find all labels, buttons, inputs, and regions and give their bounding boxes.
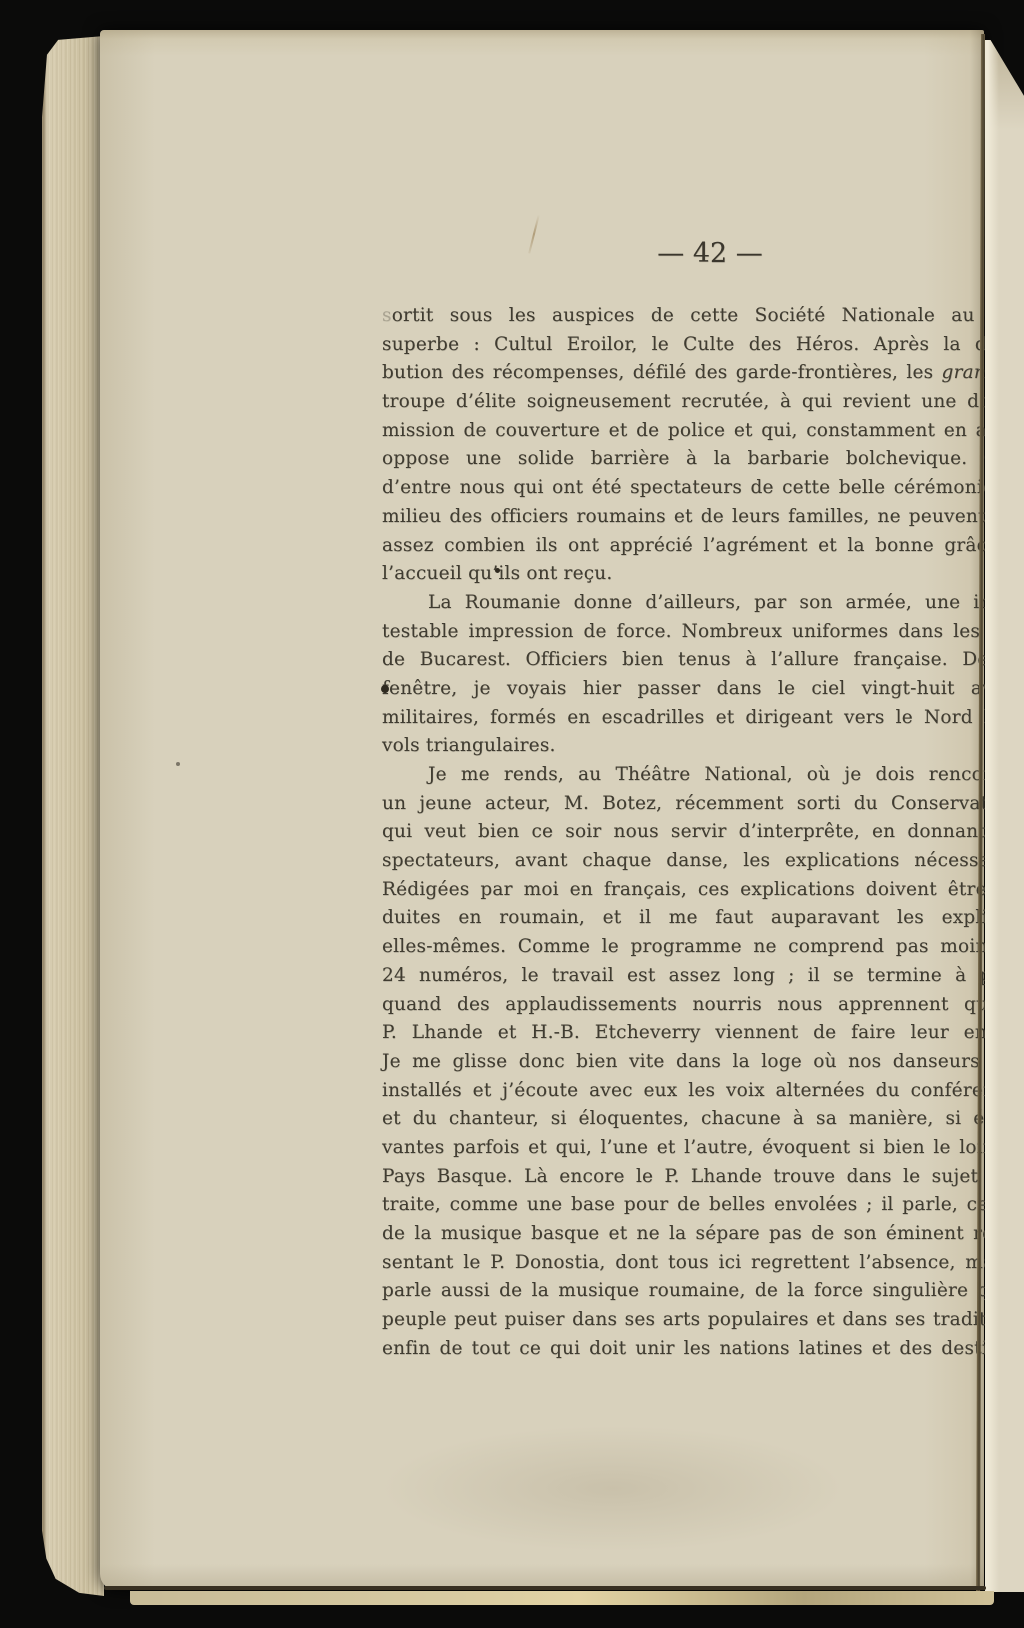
- text-segment: militaires, formés en escadrilles et dir…: [382, 707, 1024, 728]
- text-line: mission de couverture et de police et qu…: [382, 417, 1024, 446]
- text-segment: Pays Basque. Là encore le P. Lhande trou…: [382, 1166, 1024, 1187]
- text-line: installés et j’écoute avec eux les voix …: [382, 1077, 1024, 1106]
- paragraph: La Roumanie donne d’ailleurs, par son ar…: [382, 589, 1024, 761]
- text-line: traite, comme une base pour de belles en…: [382, 1191, 1024, 1220]
- text-line: 24 numéros, le travail est assez long ; …: [382, 962, 1024, 991]
- text-block: sortit sous les auspices de cette Sociét…: [382, 302, 1024, 1363]
- text-line: Je me glisse donc bien vite dans la loge…: [382, 1048, 1024, 1077]
- text-segment: Je me rends, au Théâtre National, où je …: [428, 764, 1024, 785]
- text-line: sortit sous les auspices de cette Sociét…: [382, 302, 1024, 331]
- text-segment: installés et j’écoute avec eux les voix …: [382, 1080, 1024, 1101]
- text-line: enfin de tout ce qui doit unir les natio…: [382, 1335, 1024, 1364]
- text-segment: testable impression de force. Nombreux u…: [382, 621, 1024, 642]
- text-line: parle aussi de la musique roumaine, de l…: [382, 1277, 1024, 1306]
- text-segment: assez combien ils ont apprécié l’agrémen…: [382, 535, 1024, 556]
- text-line: Je me rends, au Théâtre National, où je …: [382, 761, 1024, 790]
- text-line: quand des applaudissements nourris nous …: [382, 991, 1024, 1020]
- text-segment: enfin de tout ce qui doit unir les natio…: [382, 1338, 1024, 1359]
- text-segment: traite, comme une base pour de belles en…: [382, 1194, 1024, 1215]
- text-segment: de la musique basque et ne la sépare pas…: [382, 1223, 1024, 1244]
- text-segment: duites en roumain, et il me faut auparav…: [382, 907, 1024, 928]
- text-line: superbe : Cultul Eroilor, le Culte des H…: [382, 331, 1024, 360]
- text-line: troupe d’élite soigneusement recrutée, à…: [382, 388, 1024, 417]
- text-segment: oppose une solide barrière à la barbarie…: [382, 448, 1024, 469]
- text-line: sentant le P. Donostia, dont tous ici re…: [382, 1249, 1024, 1278]
- text-line: duites en roumain, et il me faut auparav…: [382, 904, 1024, 933]
- text-line: qui veut bien ce soir nous servir d’inte…: [382, 818, 1024, 847]
- text-segment: qui veut bien ce soir nous servir d’inte…: [382, 821, 1024, 842]
- page-number: — 42 —: [640, 238, 780, 269]
- page-edges-bottom: [130, 1591, 994, 1605]
- page-edges-left: [42, 36, 104, 1596]
- text-segment: peuple peut puiser dans ses arts populai…: [382, 1309, 1024, 1330]
- text-segment: milieu des officiers roumains et de leur…: [382, 506, 1024, 527]
- text-segment: P. Lhande et H.-B. Etcheverry viennent d…: [382, 1022, 1024, 1043]
- text-line: vantes parfois et qui, l’une et l’autre,…: [382, 1134, 1024, 1163]
- text-segment: superbe : Cultul Eroilor, le Culte des H…: [382, 334, 1024, 355]
- book-page: — 42 — sortit sous les auspices de cette…: [100, 30, 984, 1590]
- text-segment: La Roumanie donne d’ailleurs, par son ar…: [428, 592, 1024, 613]
- text-line: testable impression de force. Nombreux u…: [382, 618, 1024, 647]
- text-line: vols triangulaires.: [382, 732, 1024, 761]
- ink-spot: [495, 568, 500, 573]
- text-segment: Je me glisse donc bien vite dans la loge…: [382, 1051, 1024, 1072]
- text-line: bution des récompenses, défilé des garde…: [382, 359, 1024, 388]
- text-segment: parle aussi de la musique roumaine, de l…: [382, 1280, 1024, 1301]
- text-segment: bution des récompenses, défilé des garde…: [382, 362, 942, 383]
- text-line: Rédigées par moi en français, ces explic…: [382, 876, 1024, 905]
- text-segment: 24 numéros, le travail est assez long ; …: [382, 965, 1024, 986]
- text-segment: un jeune acteur, M. Botez, récemment sor…: [382, 793, 1024, 814]
- ink-spot: [381, 685, 389, 693]
- book-scan-photo: — 42 — sortit sous les auspices de cette…: [0, 0, 1024, 1628]
- text-segment: ortit sous les auspices de cette Société…: [392, 305, 1024, 326]
- page-bottom-edge: [104, 1586, 986, 1590]
- text-line: l’accueil qu’ils ont reçu.: [382, 560, 1024, 589]
- text-line: peuple peut puiser dans ses arts populai…: [382, 1306, 1024, 1335]
- text-segment: Rédigées par moi en français, ces explic…: [382, 879, 1024, 900]
- text-line: fenêtre, je voyais hier passer dans le c…: [382, 675, 1024, 704]
- text-segment: s: [382, 305, 392, 326]
- text-segment: fenêtre, je voyais hier passer dans le c…: [382, 678, 1024, 699]
- text-segment: vols triangulaires.: [382, 735, 556, 756]
- text-segment: d’entre nous qui ont été spectateurs de …: [382, 477, 1024, 498]
- next-page-edge: [985, 40, 1024, 1592]
- paragraph: sortit sous les auspices de cette Sociét…: [382, 302, 1024, 589]
- text-line: militaires, formés en escadrilles et dir…: [382, 704, 1024, 733]
- text-line: oppose une solide barrière à la barbarie…: [382, 445, 1024, 474]
- ink-spot: [176, 762, 180, 766]
- text-line: de Bucarest. Officiers bien tenus à l’al…: [382, 646, 1024, 675]
- text-segment: l’accueil qu’ils ont reçu.: [382, 563, 613, 584]
- text-line: d’entre nous qui ont été spectateurs de …: [382, 474, 1024, 503]
- text-segment: troupe d’élite soigneusement recrutée, à…: [382, 391, 1024, 412]
- text-line: La Roumanie donne d’ailleurs, par son ar…: [382, 589, 1024, 618]
- text-line: assez combien ils ont apprécié l’agrémen…: [382, 532, 1024, 561]
- text-line: un jeune acteur, M. Botez, récemment sor…: [382, 790, 1024, 819]
- text-segment: quand des applaudissements nourris nous …: [382, 994, 1024, 1015]
- text-segment: elles-mêmes. Comme le programme ne compr…: [382, 936, 1024, 957]
- text-segment: de Bucarest. Officiers bien tenus à l’al…: [382, 649, 1024, 670]
- text-segment: mission de couverture et de police et qu…: [382, 420, 1024, 441]
- text-line: elles-mêmes. Comme le programme ne compr…: [382, 933, 1024, 962]
- text-line: P. Lhande et H.-B. Etcheverry viennent d…: [382, 1019, 1024, 1048]
- text-line: et du chanteur, si éloquentes, chacune à…: [382, 1105, 1024, 1134]
- text-segment: vantes parfois et qui, l’une et l’autre,…: [382, 1137, 1024, 1158]
- text-line: Pays Basque. Là encore le P. Lhande trou…: [382, 1163, 1024, 1192]
- text-segment: et du chanteur, si éloquentes, chacune à…: [382, 1108, 1024, 1129]
- text-line: de la musique basque et ne la sépare pas…: [382, 1220, 1024, 1249]
- text-segment: sentant le P. Donostia, dont tous ici re…: [382, 1252, 1024, 1273]
- text-segment: spectateurs, avant chaque danse, les exp…: [382, 850, 1024, 871]
- text-line: spectateurs, avant chaque danse, les exp…: [382, 847, 1024, 876]
- paragraph: Je me rends, au Théâtre National, où je …: [382, 761, 1024, 1363]
- text-line: milieu des officiers roumains et de leur…: [382, 503, 1024, 532]
